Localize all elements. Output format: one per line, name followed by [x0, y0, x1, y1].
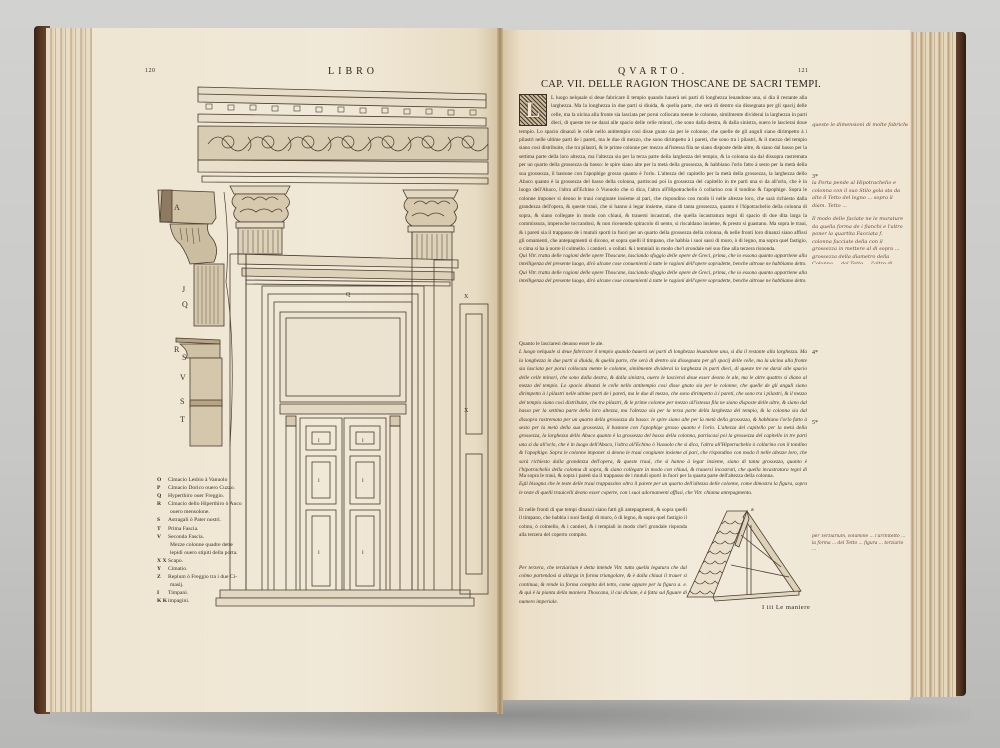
handwritten-note: Il modo delle faciate ne le murature da …: [812, 216, 904, 264]
profile-label-Q: Q: [182, 300, 188, 309]
right-page-edges: [908, 32, 956, 697]
body-text-antepagmenta: Et nelle fronti di que tempi dinanzi sia…: [519, 506, 687, 566]
roof-truss-woodcut-figure: a: [685, 505, 805, 605]
panel-label-I3: I: [318, 479, 320, 484]
profile-label-A: A: [174, 203, 180, 212]
paragraph: Ma sopra le traui, & sopra i pareti sia …: [519, 472, 807, 480]
left-page-edges: [46, 28, 96, 712]
legend-row: PCimacio Dorico ouero Cuzzo.: [157, 484, 257, 492]
truss-label-a: a: [751, 507, 754, 513]
chapter-title: CAP. VII. DELLE RAGION THOSCANE DE SACRI…: [541, 79, 871, 90]
legend-row-cont: ouero mensolone.: [157, 508, 257, 516]
legend-row: SAstragali ò Pater nostri.: [157, 516, 257, 524]
elevation-label-Q: Q: [346, 292, 351, 298]
legend-row: ZReplum ò Freggio tra i due Ci-: [157, 573, 257, 581]
profile-label-V: V: [180, 373, 186, 382]
body-text-mutuli: Ma sopra le traui, & sopra i pareti sia …: [519, 472, 807, 506]
left-folio-number: 120: [145, 68, 156, 74]
body-text-opening: L luogo nelquale si deue fabricare il te…: [551, 94, 807, 128]
panel-label-I1: I: [318, 439, 320, 444]
paragraph: Et nelle fronti di que tempi dinanzi sia…: [519, 506, 687, 540]
decorated-initial: L: [519, 94, 547, 126]
figure-legend: OCimacio Lesbio à Vanuolo PCimacio Doric…: [157, 476, 257, 606]
margin-number: 5*: [812, 420, 818, 426]
profile-label-R: R: [174, 345, 180, 354]
profile-label-T: T: [180, 415, 185, 424]
handwritten-note: la Porta pende al Hipotrachelio e colonn…: [812, 180, 904, 210]
legend-row: Mezze colonne quadre dette: [157, 541, 257, 549]
legend-row-cont: lepidi ouero stipiti della porta.: [157, 549, 257, 557]
margin-number: 4*: [812, 350, 818, 356]
elevation-label-X2: X: [464, 408, 469, 414]
commentary-paragraph: Egli bisogna che le teste delle traui tr…: [519, 480, 807, 497]
book-gutter: [497, 28, 503, 714]
paragraph: L luogo nelquale si deue fabricare il te…: [551, 94, 807, 128]
legend-row: VSeconda Fascia.: [157, 533, 257, 541]
right-running-head: QVARTO.: [618, 66, 688, 77]
right-folio-number: 121: [798, 68, 809, 74]
commentary-paragraph: Qui Vitr. tratta delle ragioni delle ope…: [519, 269, 807, 286]
profile-label-S: S: [182, 353, 186, 362]
paragraph: L luogo nelquale si deue fabricare il te…: [519, 128, 807, 250]
commentary-paragraph: Per terzera, che terziarium è detta inte…: [519, 564, 687, 606]
legend-row: TPrima Fascia.: [157, 525, 257, 533]
legend-row: X XScapo.: [157, 557, 257, 565]
signature-catchword: I iii Le maniere: [762, 604, 810, 611]
legend-row: QHyperthiro ouer Freggio.: [157, 492, 257, 500]
profile-label-S2: S: [180, 397, 184, 406]
body-text-continued: L luogo nelquale si deue fabricare il te…: [519, 128, 807, 250]
legend-row: K Kimpagini.: [157, 597, 257, 605]
legend-row: RCimacio dello Hiperthiro ò Anco: [157, 500, 257, 508]
body-text-terziarium: Per terzera, che terziarium è detta inte…: [519, 564, 687, 606]
handwritten-note: queste le dimensioni di molte fabriche u…: [812, 122, 908, 130]
legend-row-cont: masij.: [157, 581, 257, 589]
panel-label-I4: I: [362, 479, 364, 484]
legend-row: ITimpani.: [157, 589, 257, 597]
handwritten-note: per Terziarium, volumine ... l'architett…: [812, 534, 908, 574]
commentary-paragraph: Qui Vitr. tratta delle ragioni delle ope…: [519, 252, 807, 269]
body-text-wings: Quanto le lasciaresi deuono esser le ale…: [519, 340, 807, 472]
panel-label-I6: I: [362, 551, 364, 556]
panel-label-I5: I: [318, 551, 320, 556]
legend-row: OCimacio Lesbio à Vanuolo: [157, 476, 257, 484]
commentary-paragraph: L luogo nelquale si deue fabricare il te…: [519, 348, 807, 472]
panel-label-I2: I: [362, 439, 364, 444]
commentary-text: Qui Vitr. tratta delle ragioni delle ope…: [519, 252, 807, 340]
left-running-head: LIBRO: [328, 66, 378, 77]
profile-label-J: J: [182, 285, 185, 294]
elevation-label-X: X: [464, 294, 469, 300]
subheading: Quanto le lasciaresi deuono esser le ale…: [519, 340, 807, 348]
legend-row: YCimatio.: [157, 565, 257, 573]
